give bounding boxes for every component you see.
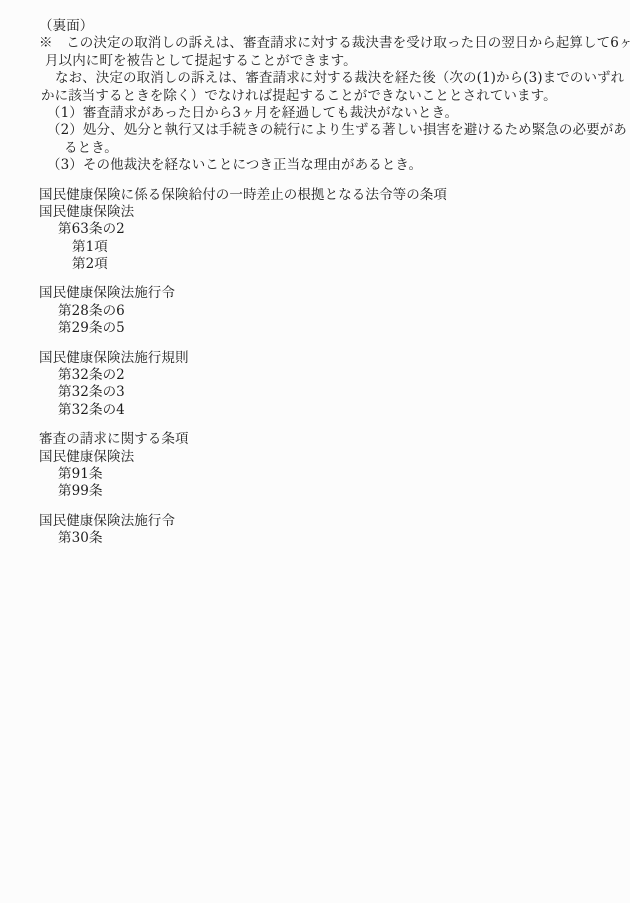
- document-line-note-para: なお、決定の取消しの訴えは、審査請求に対する裁決を経た後（次の(1)から(3)ま…: [39, 70, 612, 87]
- document-line-article: 第63条の2: [39, 221, 612, 238]
- document-line-article: 第28条の6: [39, 303, 612, 320]
- blank-line: [39, 338, 612, 350]
- document-line-law-name: 国民健康保険法: [39, 449, 612, 466]
- document-line-law-name: 国民健康保険法: [39, 204, 612, 221]
- document-line-note-cont: 月以内に町を被告として提起することができます。: [39, 53, 612, 70]
- blank-line: [39, 175, 612, 187]
- document-line-article: 第91条: [39, 466, 612, 483]
- document-line-list-item: （2）処分、処分と執行又は手続きの続行により生ずる著しい損害を避けるため緊急の必…: [39, 122, 612, 139]
- document-line-list-item: （3）その他裁決を経ないことにつき正当な理由があるとき。: [39, 157, 612, 174]
- document-line-article: 第32条の3: [39, 384, 612, 401]
- document-body: （裏面）※ この決定の取消しの訴えは、審査請求に対する裁決書を受け取った日の翌日…: [39, 18, 612, 548]
- document-line-list-item: （1）審査請求があった日から3ヶ月を経過しても裁決がないとき。: [39, 105, 612, 122]
- document-line-article: 第32条の2: [39, 367, 612, 384]
- document-line-note-start: ※ この決定の取消しの訴えは、審査請求に対する裁決書を受け取った日の翌日から起算…: [39, 35, 612, 52]
- document-line-article: 第29条の5: [39, 320, 612, 337]
- document-page: （裏面）※ この決定の取消しの訴えは、審査請求に対する裁決書を受け取った日の翌日…: [0, 0, 630, 903]
- blank-line: [39, 273, 612, 285]
- document-line-article: 第32条の4: [39, 402, 612, 419]
- document-line-article: 第30条: [39, 530, 612, 547]
- document-line-side-label: （裏面）: [39, 18, 612, 35]
- blank-line: [39, 501, 612, 513]
- document-line-law-name: 国民健康保険法施行令: [39, 513, 612, 530]
- document-line-section-title: 審査の請求に関する条項: [39, 431, 612, 448]
- document-line-law-name: 国民健康保険法施行令: [39, 285, 612, 302]
- document-line-article: 第99条: [39, 483, 612, 500]
- document-line-clause: 第1項: [39, 239, 612, 256]
- document-line-section-title: 国民健康保険に係る保険給付の一時差止の根拠となる法令等の条項: [39, 187, 612, 204]
- document-line-list-cont: るとき。: [39, 140, 612, 157]
- document-line-law-name: 国民健康保険法施行規則: [39, 350, 612, 367]
- document-line-note-cont-flush: かに該当するときを除く）でなければ提起することができないこととされています。: [39, 88, 612, 105]
- blank-line: [39, 419, 612, 431]
- document-line-clause: 第2項: [39, 256, 612, 273]
